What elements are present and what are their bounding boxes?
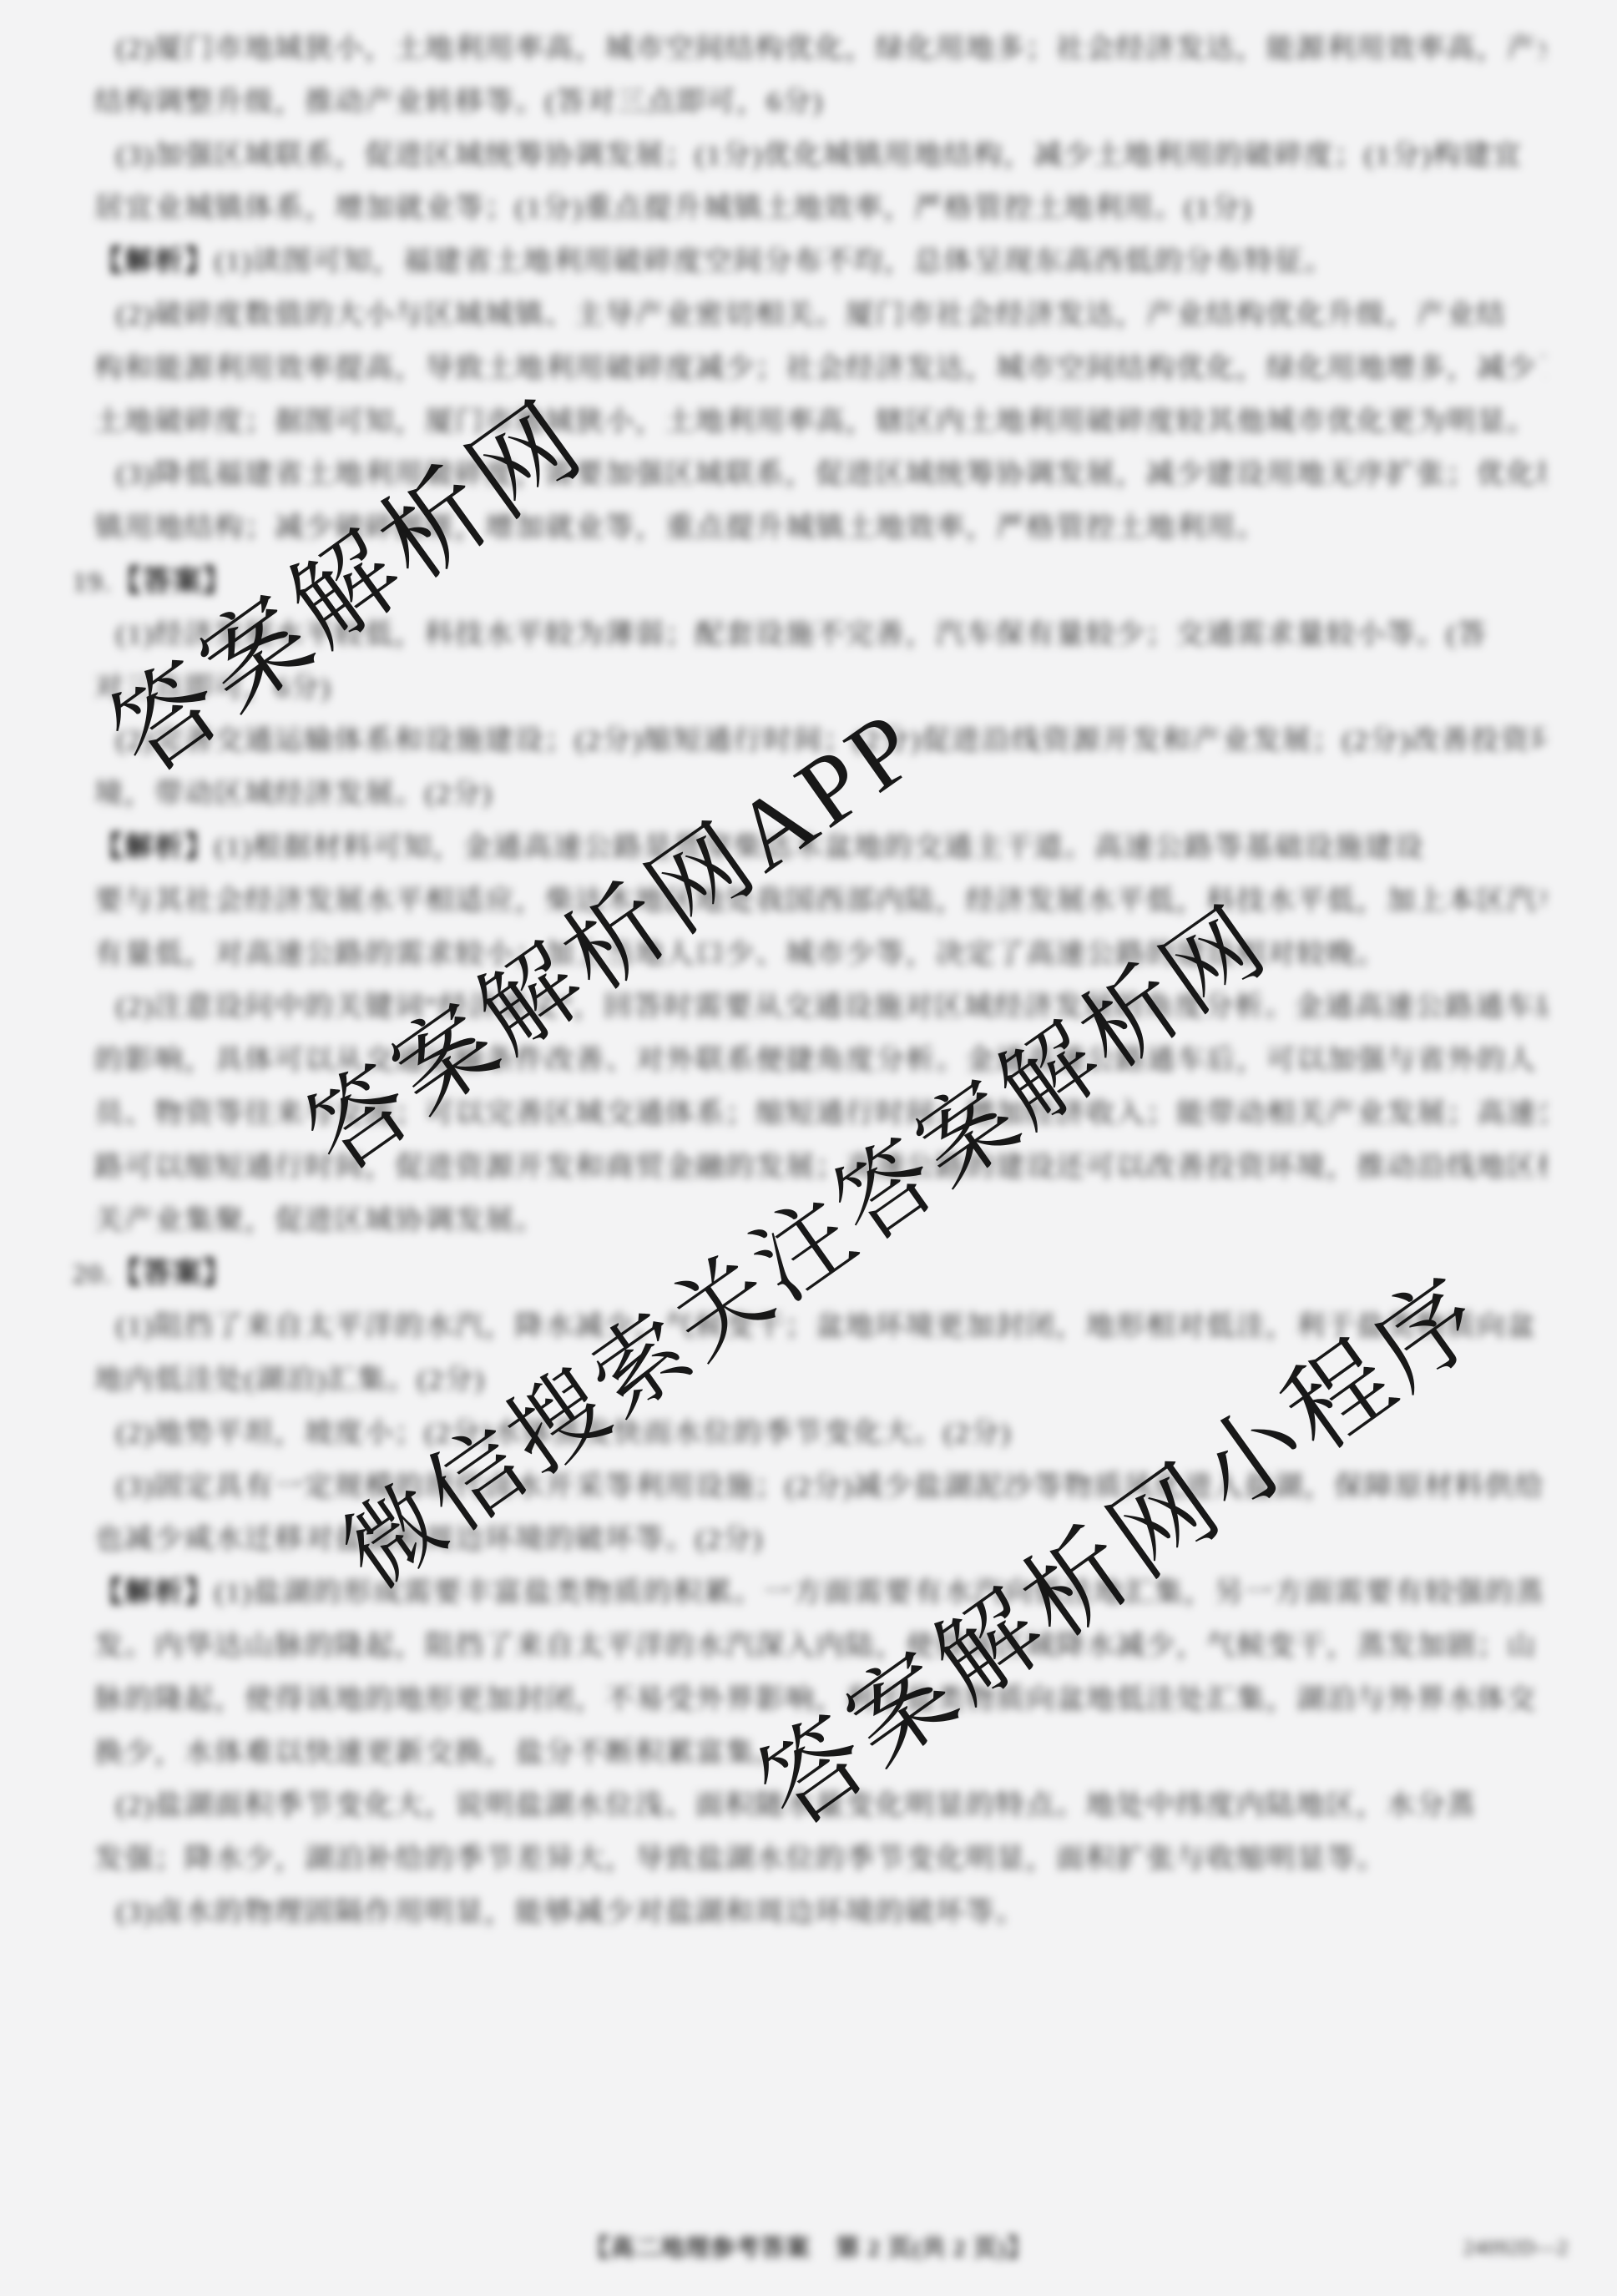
- text-line: 有量低，对高速公路的需求较小；加上当地人口少、城市少等，决定了高速公路的建设相对…: [94, 928, 1546, 981]
- text-line: (2)地势平坦，坡度小；(2分)水体蒸发快而水位的季节变化大。(2分): [94, 1407, 1546, 1461]
- text-line: 19.【答案】: [73, 555, 1546, 608]
- footer-page-title: 【高二地理参考答案 第 2 页(共 2 页)】: [0, 2223, 1617, 2273]
- text-line: (2)完善交通运输体系和设施建设；(2分)缩短通行时间；(2分)促进沿线资源开发…: [94, 714, 1546, 768]
- text-line: (2)盐湖面积季节变化大，说明盐湖水位浅、面积随水量变化明显的特点。地处中纬度内…: [94, 1779, 1546, 1833]
- text-line: 【解析】(1)盐湖的形成需要丰富盐类物质的积累。一方面需要有水汽向低洼地汇集，另…: [94, 1567, 1546, 1620]
- text-line: 境，带动区域经济发展。(2分): [94, 768, 1546, 821]
- text-line: (1)阻挡了来自太平洋的水汽，降水减少，气候变干；盆地环境更加封闭，地形相对低洼…: [94, 1300, 1546, 1354]
- text-line: (3)固定具有一定规模的现代卤水开采等利用设施；(2分)减少盐湖泥沙等物质风化进…: [94, 1461, 1546, 1514]
- text-line: (3)降低福建省土地利用破碎度，需要加强区域联系，促进区域统筹协调发展，减少建设…: [94, 448, 1546, 502]
- text-line: 发强；降水少，湖泊补给的季节差异大，导致盐湖水位的季节变化明显，面积扩张与收缩明…: [94, 1833, 1546, 1886]
- text-line: (3)加强区域联系，促进区域统筹协调发展；(1分)优化城镇用地结构，减少土地利用…: [94, 129, 1546, 183]
- page-footer: 【高二地理参考答案 第 2 页(共 2 页)】 24092D—2: [0, 2223, 1617, 2273]
- text-line: 结构调整升级，推动产业转移等。(答对三点即可，6分): [94, 76, 1546, 129]
- text-line: 路可以缩短通行时间，促进资源开发和商贸金融的发展；高速公路的建设还可以改善投资环…: [94, 1141, 1546, 1194]
- text-line: 居宜业城镇体系，增加就业等；(1分)重点提升城镇土地效率，严格管控土地利用。(1…: [94, 182, 1546, 235]
- text-line: 换少，水体难以快速更新交换，盐分不断积累富集。: [94, 1727, 1546, 1780]
- text-line: 关产业集聚，促进区域协调发展。: [94, 1194, 1546, 1248]
- text-line: 地内低洼处(湖泊)汇集。(2分): [94, 1354, 1546, 1407]
- text-line: 20.【答案】: [73, 1247, 1546, 1300]
- text-line: 【解析】(1)根据材料可知，金通高速公路是贯穿柴达木盆地的交通主干道。高速公路等…: [94, 821, 1546, 875]
- text-line: (3)卤水的物理固隔作用明显，能够减少对盐湖和周边环境的破坏等。: [94, 1886, 1546, 1940]
- text-line: 发。内华达山脉的隆起，阻挡了来自太平洋的水汽深入内陆，使得该区域降水减少，气候变…: [94, 1620, 1546, 1673]
- text-line: 【解析】(1)读图可知，福建省土地利用破碎度空间分布不均，总体呈现东高西低的分布…: [94, 235, 1546, 289]
- text-line: 脉的隆起，使得该地的地形更加封闭，不易受外界影响，利于盐类物质向盆地低洼处汇集，…: [94, 1673, 1546, 1727]
- document-body: (2)厦门市地域狭小，土地利用率高，城市空间结构优化，绿化用地多；社会经济发达，…: [94, 23, 1546, 1940]
- text-line: 土地破碎度；据图可知，厦门市地域狭小，土地利用率高，辖区内土地利用破碎度较其他城…: [94, 396, 1546, 449]
- text-line: (2)注意设问中的关键词“经济意义”，回答时需要从交通设施对区域经济发展的角度分…: [94, 981, 1546, 1034]
- text-line: 员、物资等往来与交流；可以完善区域交通体系；缩短通行时间；增加经济收入；能带动相…: [94, 1087, 1546, 1141]
- text-line: (2)破碎度数值的大小与区域城镇、主导产业密切相关。厦门市社会经济发达，产业结构…: [94, 289, 1546, 342]
- scanned-answer-page: (2)厦门市地域狭小，土地利用率高，城市空间结构优化，绿化用地多；社会经济发达，…: [0, 0, 1617, 2296]
- blurred-scan-layer: (2)厦门市地域狭小，土地利用率高，城市空间结构优化，绿化用地多；社会经济发达，…: [0, 0, 1617, 2296]
- text-line: 也减少咸水迁移对盐湖和周边环境的破坏等。(2分): [94, 1513, 1546, 1567]
- text-line: (1)经济发展水平较低，科技水平较为薄弱；配套设施不完善，汽车保有量较少；交通需…: [94, 608, 1546, 662]
- text-line: 镇用地结构；减少破碎图斑，增加就业等，重点提升城镇土地效率，严格管控土地利用。: [94, 502, 1546, 555]
- footer-code: 24092D—2: [1463, 2228, 1569, 2268]
- text-line: 要与其社会经济发展水平相适应，柴达木地区地处我国西部内陆，经济发展水平低，科技水…: [94, 875, 1546, 928]
- text-line: 对三点即可，6分): [94, 662, 1546, 715]
- text-line: 构和能源利用效率提高，导致土地利用破碎度减少；社会经济发达，城市空间结构优化，绿…: [94, 342, 1546, 396]
- text-line: 的影响，具体可以从交通运输条件改善、对外联系便捷角度分析。金通高速公路通车后，可…: [94, 1034, 1546, 1087]
- text-line: (2)厦门市地域狭小，土地利用率高，城市空间结构优化，绿化用地多；社会经济发达，…: [94, 23, 1546, 76]
